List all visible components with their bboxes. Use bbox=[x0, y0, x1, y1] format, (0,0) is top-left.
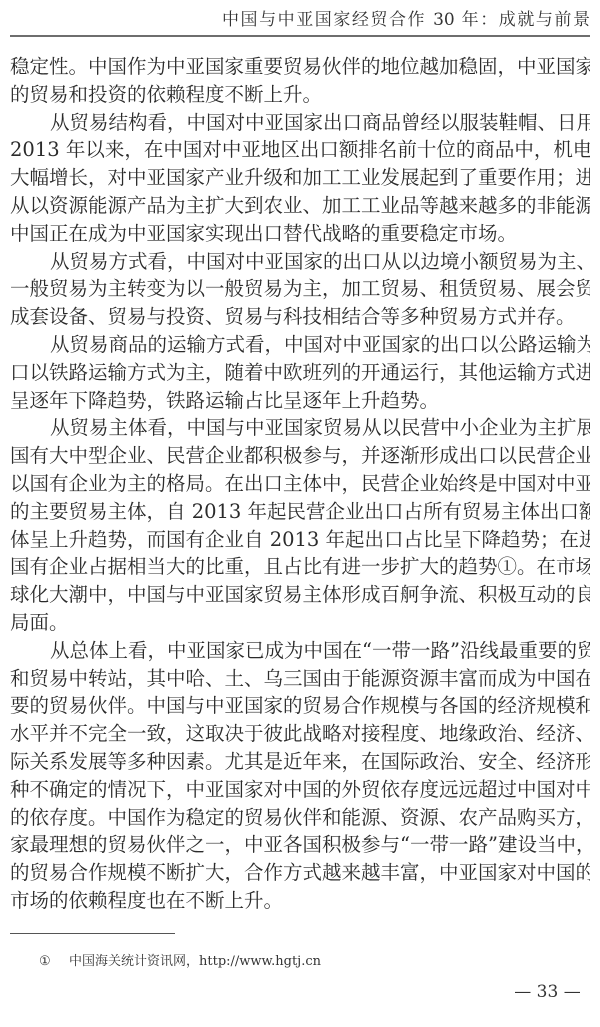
body-line: 一般贸易为主转变为以一般贸易为主，加工贸易、租赁贸易、展会贸易、提供 bbox=[10, 275, 590, 303]
body-line: 际关系发展等多种因素。尤其是近年来，在国际政治、安全、经济形势充满种 bbox=[10, 748, 590, 776]
body-line: 稳定性。中国作为中亚国家重要贸易伙伴的地位越加稳固，中亚国家对中国 bbox=[10, 53, 590, 81]
body-line: 从贸易商品的运输方式看，中国对中亚国家的出口以公路运输为主，进 bbox=[10, 331, 590, 359]
body-line: 从贸易结构看，中国对中亚国家出口商品曾经以服装鞋帽、日用品为主， bbox=[10, 109, 590, 137]
body-line: 国有大中型企业、民营企业都积极参与，并逐渐形成出口以民营企业为主、进口 bbox=[10, 442, 590, 470]
body-line: 的贸易合作规模不断扩大，合作方式越来越丰富，中亚国家对中国的贸易和 bbox=[10, 859, 590, 887]
body-line: 市场的依赖程度也在不断上升。 bbox=[10, 887, 590, 915]
footnote: ①中国海关统计资讯网，http://www.hgtj.cn bbox=[39, 952, 321, 972]
body-line: 体呈上升趋势，而国有企业自 2013 年起出口占比呈下降趋势；在进口主体中， bbox=[10, 526, 590, 554]
body-line: 国有企业占据相当大的比重，且占比有进一步扩大的趋势①。在市场经济的全 bbox=[10, 553, 590, 581]
body-line: 种不确定的情况下，中亚国家对中国的外贸依存度远远超过中国对中亚国家 bbox=[10, 776, 590, 804]
body-line: 中国正在成为中亚国家实现出口替代战略的重要稳定市场。 bbox=[10, 220, 590, 248]
header-rule bbox=[10, 35, 590, 37]
body-line: 要的贸易伙伴。中国与中亚国家的贸易合作规模与各国的经济规模和发展 bbox=[10, 692, 590, 720]
body-line: 的依存度。中国作为稳定的贸易伙伴和能源、资源、农产品购买方，是中亚国 bbox=[10, 804, 590, 832]
body-line: 局面。 bbox=[10, 609, 590, 637]
footnote-rule bbox=[10, 933, 175, 934]
body-line: 以国有企业为主的格局。在出口主体中，民营企业始终是中国对中亚地区出口 bbox=[10, 470, 590, 498]
body-line: 球化大潮中，中国与中亚国家贸易主体形成百舸争流、积极互动的良性发展 bbox=[10, 581, 590, 609]
running-header-title: 中国与中亚国家经贸合作 30 年：成就与前景 bbox=[222, 9, 590, 31]
footnote-text: 中国海关统计资讯网，http://www.hgtj.cn bbox=[69, 954, 321, 969]
body-line: 从贸易主体看，中国与中亚国家贸易从以民营中小企业为主扩展到双方的 bbox=[10, 414, 590, 442]
body-line: 2013 年以来，在中国对中亚地区出口额排名前十位的商品中，机电产品出口 bbox=[10, 136, 590, 164]
page-number: — 33 — bbox=[510, 981, 585, 1003]
body-line: 水平并不完全一致，这取决于彼此战略对接程度、地缘政治、经济、文化和国 bbox=[10, 720, 590, 748]
body-line: 的主要贸易主体，自 2013 年起民营企业出口占所有贸易主体出口额的比重总 bbox=[10, 498, 590, 526]
body-line: 大幅增长，对中亚国家产业升级和加工工业发展起到了重要作用；进口商品 bbox=[10, 164, 590, 192]
body-line: 和贸易中转站，其中哈、土、乌三国由于能源资源丰富而成为中国在中亚最重 bbox=[10, 665, 590, 693]
body-line: 从以资源能源产品为主扩大到农业、加工工业品等越来越多的非能源领域， bbox=[10, 192, 590, 220]
body-line: 的贸易和投资的依赖程度不断上升。 bbox=[10, 81, 590, 109]
body-line: 从贸易方式看，中国对中亚国家的出口从以边境小额贸易为主、进口以 bbox=[10, 248, 590, 276]
footnote-mark: ① bbox=[39, 952, 69, 972]
body-line: 从总体上看，中亚国家已成为中国在“一带一路”沿线最重要的贸易走廊 bbox=[10, 637, 590, 665]
body-line: 呈逐年下降趋势，铁路运输占比呈逐年上升趋势。 bbox=[10, 387, 590, 415]
body-line: 口以铁路运输方式为主，随着中欧班列的开通运行，其他运输方式进口占比 bbox=[10, 359, 590, 387]
body-text: 稳定性。中国作为中亚国家重要贸易伙伴的地位越加稳固，中亚国家对中国的贸易和投资的… bbox=[10, 53, 590, 915]
body-line: 家最理想的贸易伙伴之一，中亚各国积极参与“一带一路”建设当中，与中国 bbox=[10, 831, 590, 859]
body-line: 成套设备、贸易与投资、贸易与科技相结合等多种贸易方式并存。 bbox=[10, 303, 590, 331]
